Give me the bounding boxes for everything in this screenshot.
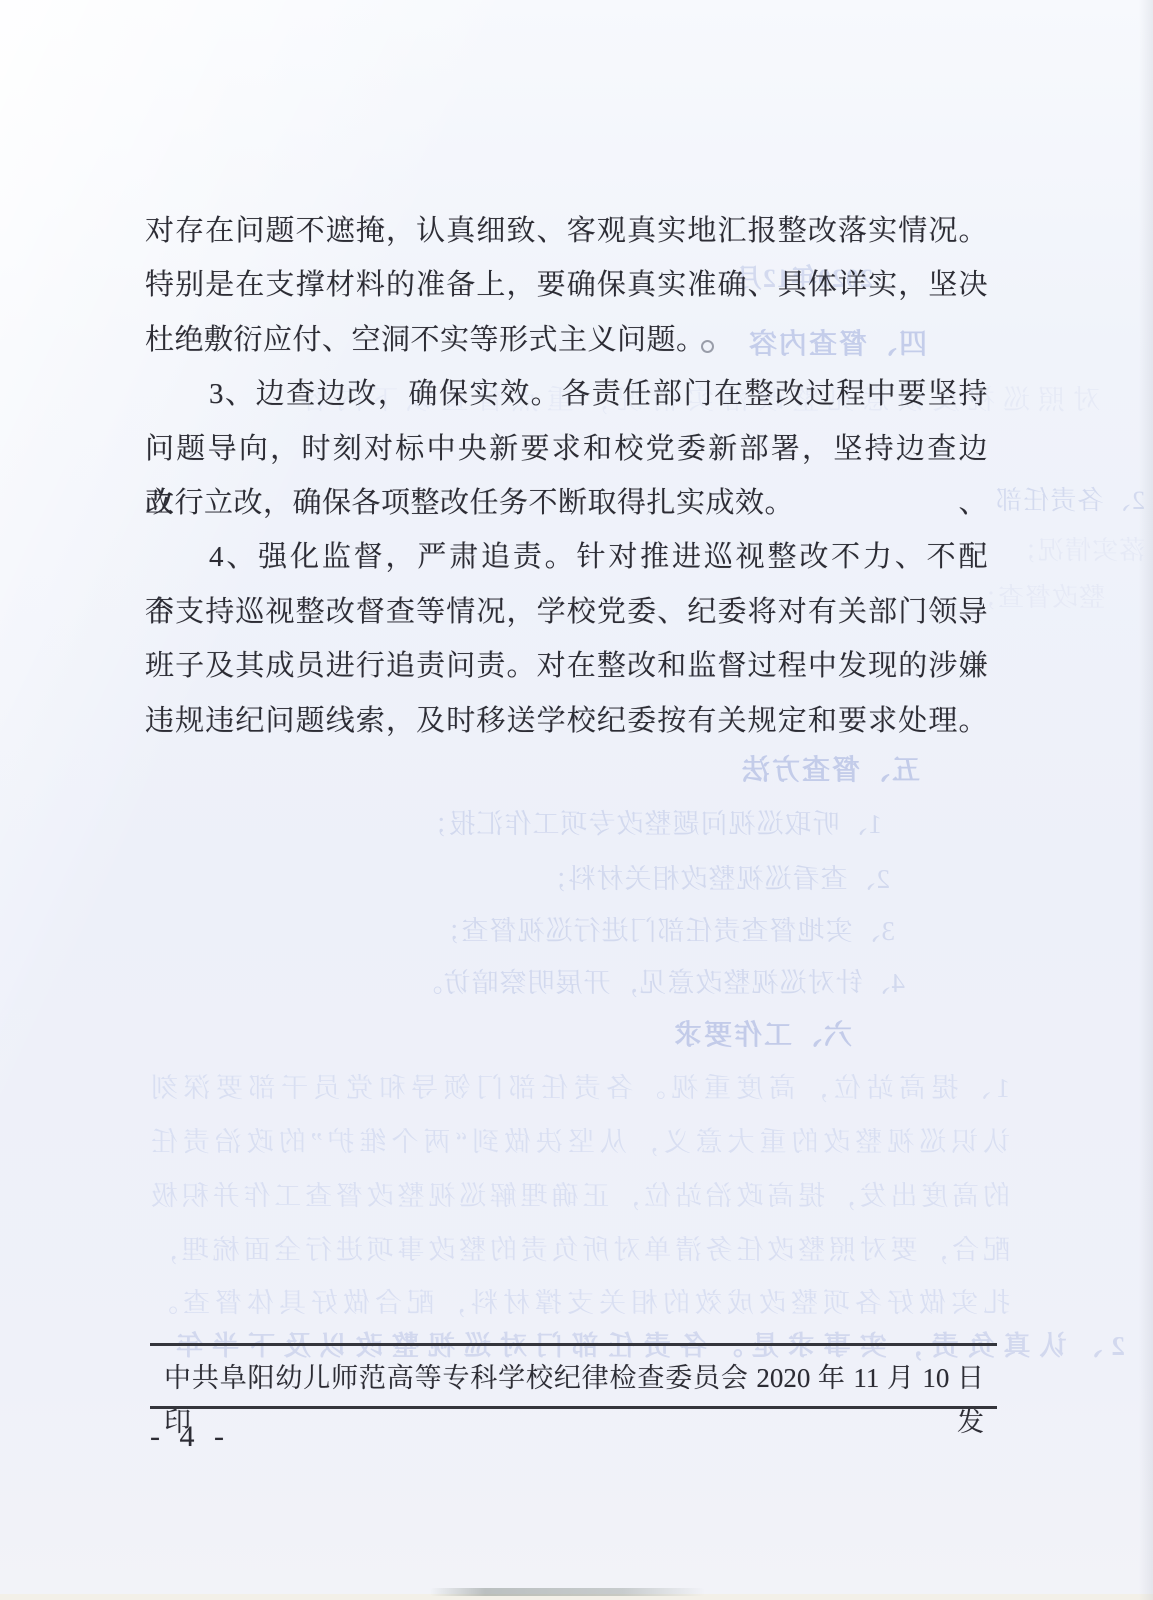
- text-line: 3、边查边改，确保实效。各责任部门在整改过程中要坚持: [145, 367, 988, 421]
- bleed-through-text: 3、实地督查责任部门进行巡视督查；: [450, 909, 895, 948]
- bleed-through-text: 整改督查；: [985, 577, 1105, 614]
- bleed-through-text: 2、各责任部: [995, 480, 1145, 517]
- bleed-through-heading: 五、督查方法: [740, 748, 920, 788]
- bleed-through-text: 1、提高站位，高度重视。各责任部门领导和党员干部要深刻: [150, 1066, 1010, 1105]
- text-line: 不支持巡视整改督查等情况，学校党委、纪委将对有关部门领导: [145, 585, 988, 639]
- scanned-document-page: 2020年12月 四、督查内容 对照巡视反馈意见整改落实情况，重点督查以下内容 …: [0, 0, 1153, 1600]
- text-line: 杜绝敷衍应付、空洞不实等形式主义问题。: [145, 313, 988, 367]
- scan-speck: [701, 340, 714, 353]
- bleed-through-text: 的高度出发，提高政治站位，正确理解巡视整改督查工作并积极: [150, 1174, 1010, 1213]
- footer-rule-top: [150, 1343, 997, 1346]
- bleed-through-text: 1、听取巡视问题整改专项工作汇报；: [430, 802, 882, 841]
- text-line: 4、强化监督，严肃追责。针对推进巡视整改不力、不配合、: [145, 530, 988, 584]
- bleed-through-heading: 六、工作要求: [672, 1013, 852, 1053]
- text-line: 班子及其成员进行追责问责。对在整改和监督过程中发现的涉嫌: [145, 639, 988, 693]
- bleed-through-text: 扎实做好各项整改成效的相关支撑材料，配合做好具体督查。: [150, 1281, 1010, 1320]
- text-line: 问题导向，时刻对标中央新要求和校党委新部署，坚持边查边改、: [145, 422, 988, 476]
- bleed-through-text: 认识巡视整改的重大意义，从坚决做到“两个维护”的政治责任: [150, 1120, 1010, 1159]
- page-number: - 4 -: [150, 1420, 230, 1454]
- scan-smudge: [430, 1588, 705, 1596]
- imprint-line: 中共阜阳幼儿师范高等专科学校纪律检查委员会 2020 年 11 月 10 日印发: [164, 1356, 984, 1400]
- text-line: 对存在问题不遮掩，认真细致、客观真实地汇报整改落实情况。: [145, 204, 988, 258]
- bleed-through-text: 落实情况；: [1025, 530, 1145, 567]
- bleed-through-text: 2、查看巡视整改相关材料；: [540, 857, 890, 896]
- bleed-through-text: 配合，要对照整改任务清单对所负责的整改事项进行全面梳理，: [150, 1228, 1010, 1267]
- text-line: 违规违纪问题线索，及时移送学校纪委按有关规定和要求处理。: [145, 694, 988, 748]
- document-body: 对存在问题不遮掩，认真细致、客观真实地汇报整改落实情况。 特别是在支撑材料的准备…: [145, 204, 988, 748]
- footer-rule-bottom: [150, 1406, 997, 1409]
- scan-edge-shade: [1139, 0, 1153, 1600]
- bleed-through-text: 4、针对巡视整改意见，开展明察暗访。: [435, 961, 905, 1000]
- text-line: 特别是在支撑材料的准备上，要确保真实准确、具体详实，坚决: [145, 258, 988, 312]
